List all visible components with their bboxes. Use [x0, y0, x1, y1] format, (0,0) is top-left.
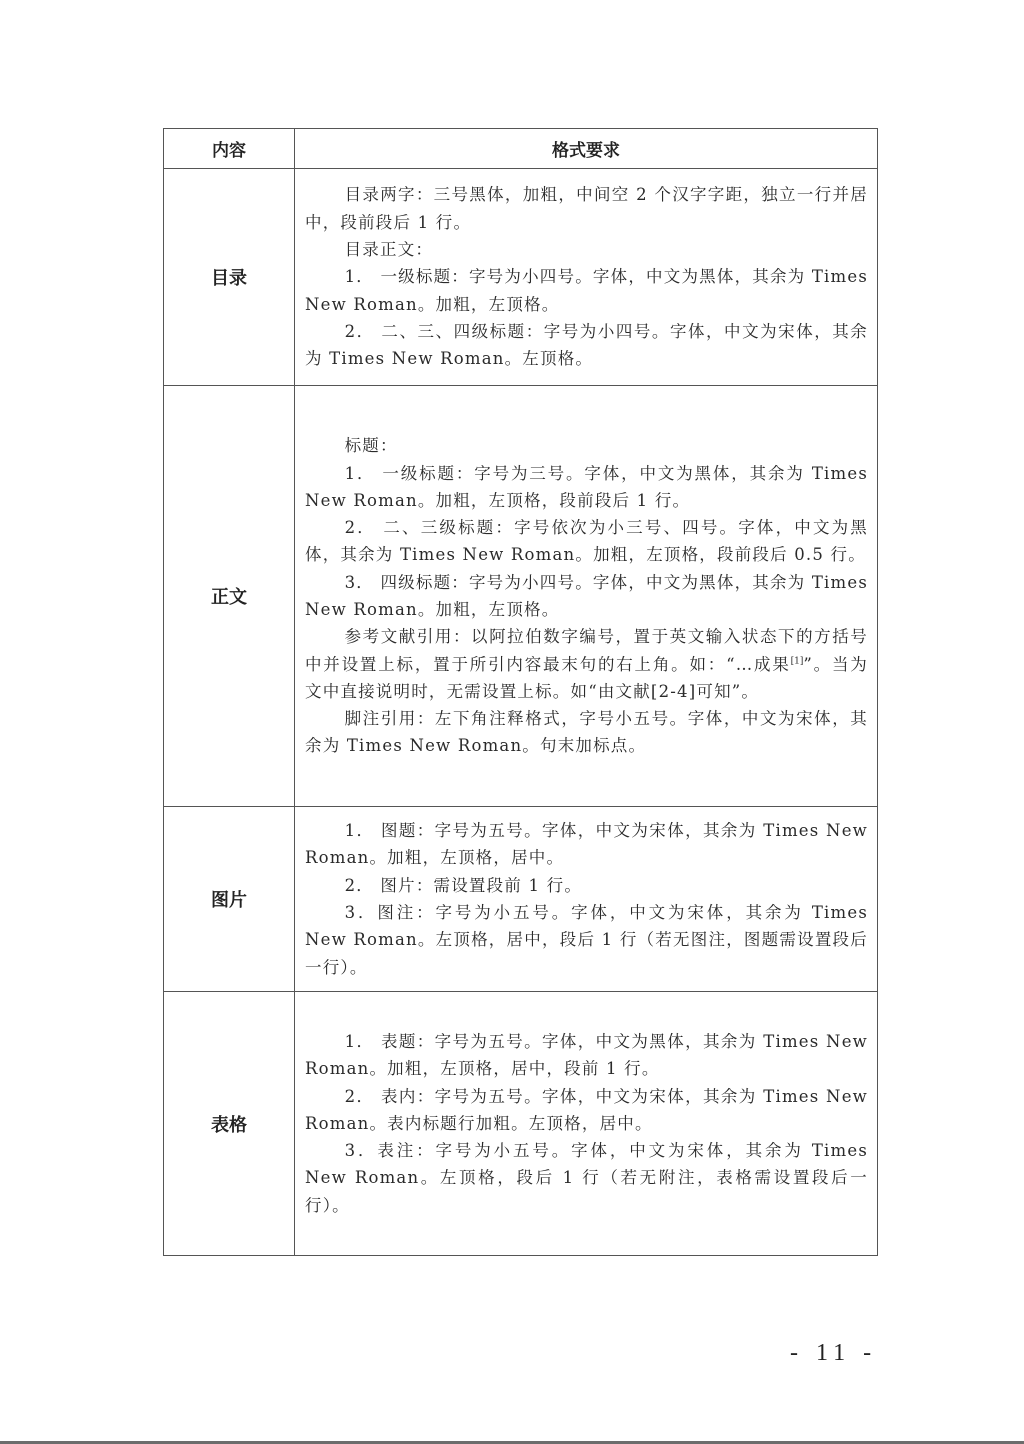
paragraph: 1． 图题：字号为五号。字体，中文为宋体，其余为 Times New Roman…	[305, 817, 868, 872]
paragraph: 3．表注：字号为小五号。字体，中文为宋体，其余为 Times New Roman…	[305, 1137, 868, 1219]
paragraph: 标题：	[305, 432, 868, 459]
paragraph: 脚注引用：左下角注释格式，字号小五号。字体，中文为宋体，其余为 Times Ne…	[305, 705, 868, 760]
paragraph: 1． 一级标题：字号为三号。字体，中文为黑体，其余为 Times New Rom…	[305, 460, 868, 515]
table-row-figures: 图片 1． 图题：字号为五号。字体，中文为宋体，其余为 Times New Ro…	[164, 807, 878, 992]
paragraph: 2． 二、三级标题：字号依次为小三号、四号。字体，中文为黑体，其余为 Times…	[305, 514, 868, 569]
paragraph: 目录正文：	[305, 236, 868, 263]
row-label-figures: 图片	[164, 807, 295, 992]
citation-superscript: [1]	[791, 656, 804, 666]
paragraph: 1． 表题：字号为五号。字体，中文为黑体，其余为 Times New Roman…	[305, 1028, 868, 1083]
paragraph: 目录两字：三号黑体，加粗，中间空 2 个汉字字距，独立一行并居中，段前段后 1 …	[305, 181, 868, 236]
header-format: 格式要求	[295, 129, 878, 169]
format-cell-body-text: 标题： 1． 一级标题：字号为三号。字体，中文为黑体，其余为 Times New…	[295, 386, 878, 807]
format-cell-toc: 目录两字：三号黑体，加粗，中间空 2 个汉字字距，独立一行并居中，段前段后 1 …	[295, 169, 878, 386]
paragraph: 2． 二、三、四级标题：字号为小四号。字体，中文为宋体，其余为 Times Ne…	[305, 318, 868, 373]
table-row-toc: 目录 目录两字：三号黑体，加粗，中间空 2 个汉字字距，独立一行并居中，段前段后…	[164, 169, 878, 386]
paragraph: 2． 表内：字号为五号。字体，中文为宋体，其余为 Times New Roman…	[305, 1083, 868, 1138]
format-cell-tables: 1． 表题：字号为五号。字体，中文为黑体，其余为 Times New Roman…	[295, 992, 878, 1256]
page-number: - 11 -	[790, 1340, 877, 1367]
row-label-tables: 表格	[164, 992, 295, 1256]
citation-paragraph: 参考文献引用：以阿拉伯数字编号，置于英文输入状态下的方括号中并设置上标，置于所引…	[305, 623, 868, 705]
citation-text-before: 参考文献引用：以阿拉伯数字编号，置于英文输入状态下的方括号中并设置上标，置于所引…	[305, 627, 868, 673]
format-cell-figures: 1． 图题：字号为五号。字体，中文为宋体，其余为 Times New Roman…	[295, 807, 878, 992]
row-label-body-text: 正文	[164, 386, 295, 807]
paragraph: 1． 一级标题：字号为小四号。字体，中文为黑体，其余为 Times New Ro…	[305, 263, 868, 318]
table-row-tables: 表格 1． 表题：字号为五号。字体，中文为黑体，其余为 Times New Ro…	[164, 992, 878, 1256]
table-row-body-text: 正文 标题： 1． 一级标题：字号为三号。字体，中文为黑体，其余为 Times …	[164, 386, 878, 807]
row-label-toc: 目录	[164, 169, 295, 386]
table-header-row: 内容 格式要求	[164, 129, 878, 169]
header-content: 内容	[164, 129, 295, 169]
paragraph: 2． 图片：需设置段前 1 行。	[305, 872, 868, 899]
paragraph: 3． 四级标题：字号为小四号。字体，中文为黑体，其余为 Times New Ro…	[305, 569, 868, 624]
format-requirements-table: 内容 格式要求 目录 目录两字：三号黑体，加粗，中间空 2 个汉字字距，独立一行…	[163, 128, 878, 1256]
paragraph: 3．图注：字号为小五号。字体，中文为宋体，其余为 Times New Roman…	[305, 899, 868, 981]
